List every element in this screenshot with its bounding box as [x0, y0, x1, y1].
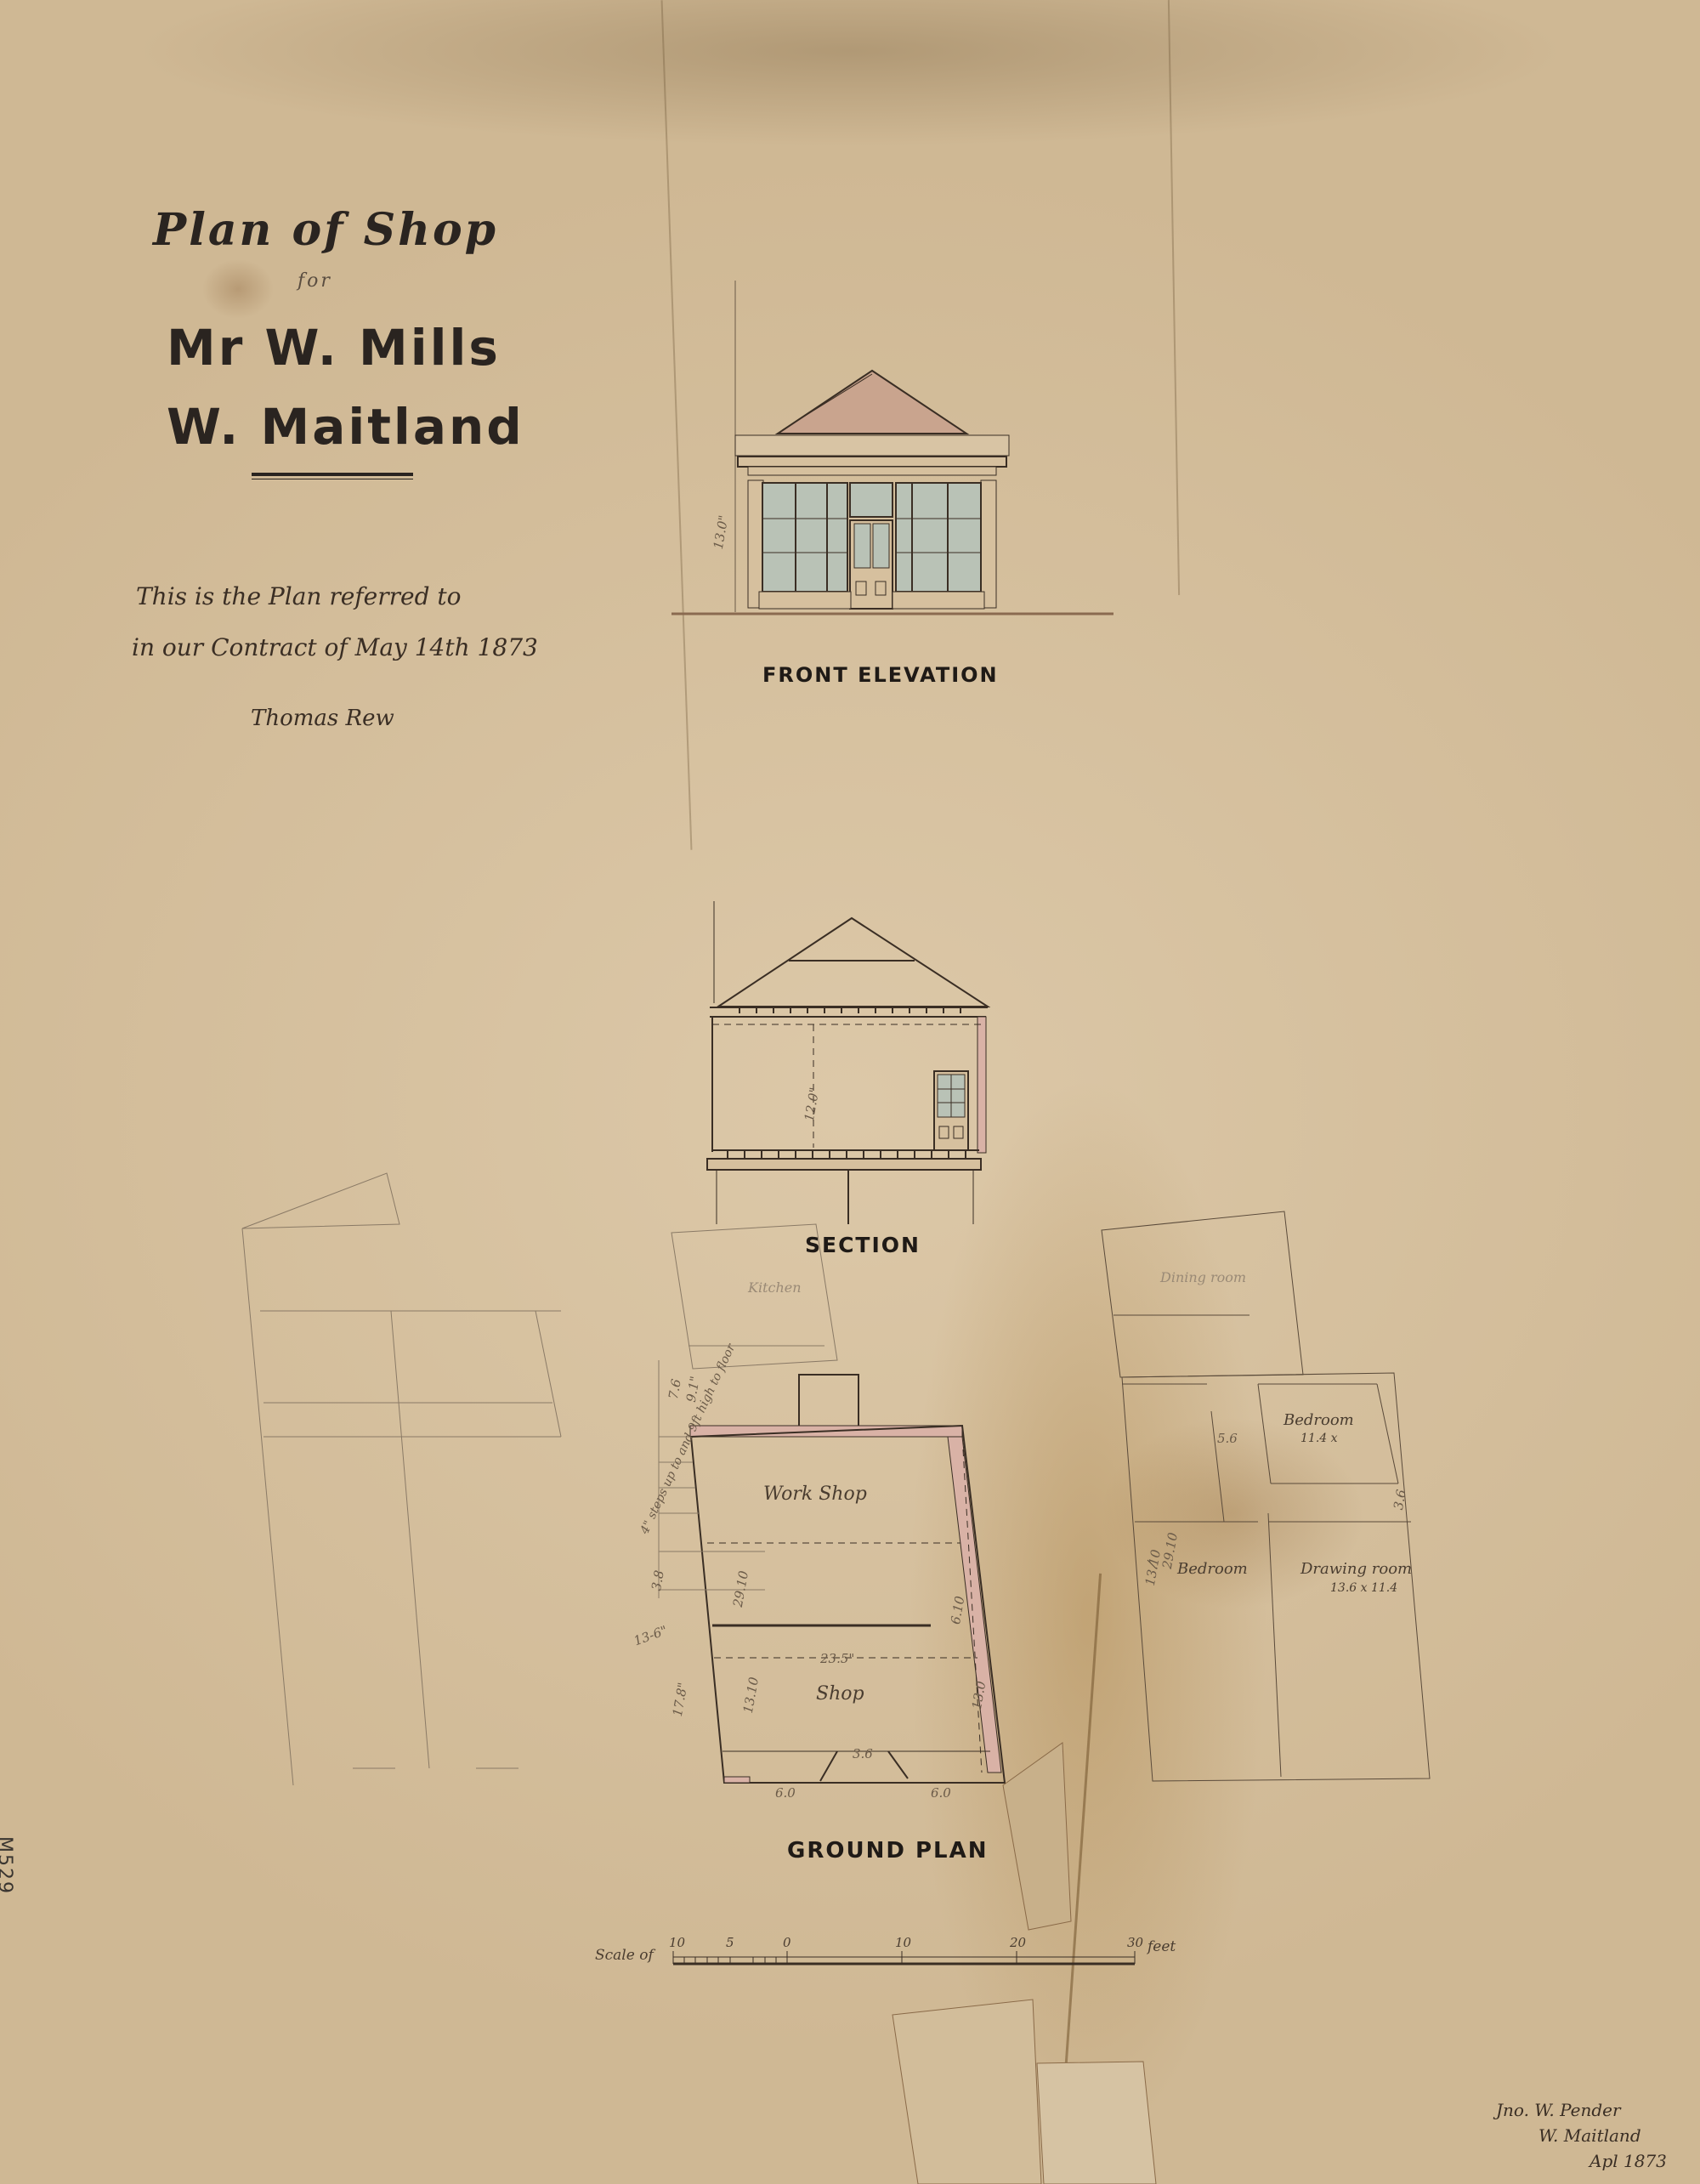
room-bedroom-1-size: 11.4 x [1300, 1432, 1338, 1445]
front-elevation-drawing [671, 281, 1113, 614]
dim-6-0-left: 6.0 [775, 1785, 796, 1801]
room-bedroom-2: Bedroom [1177, 1560, 1248, 1578]
front-elevation-label: FRONT ELEVATION [762, 663, 999, 687]
scale-label: Scale of [595, 1947, 654, 1964]
catalog-number: M529 [0, 1836, 15, 1895]
dim-23-5: 23.5" [820, 1651, 854, 1666]
room-bedroom-1: Bedroom [1283, 1411, 1354, 1429]
scale-tick-30: 30 [1127, 1935, 1143, 1950]
room-dining: Dining room [1160, 1269, 1246, 1285]
section-label: SECTION [805, 1233, 921, 1257]
room-drawing-room: Drawing room [1300, 1560, 1412, 1578]
scale-tick-5: 5 [726, 1935, 734, 1950]
scale-tick-0: 0 [783, 1935, 791, 1950]
dim-3-6: 3.6 [853, 1746, 873, 1761]
ground-plan-label: GROUND PLAN [787, 1838, 988, 1863]
scale-unit: feet [1147, 1938, 1176, 1955]
dim-5-6: 5.6 [1217, 1431, 1238, 1446]
section-drawing [707, 901, 988, 1224]
architect-date: Apl 1873 [1589, 2151, 1667, 2171]
room-work-shop: Work Shop [763, 1483, 867, 1505]
scale-bar-drawing [673, 1951, 1135, 1964]
room-drawing-room-size: 13.6 x 11.4 [1330, 1581, 1397, 1595]
scale-tick-10a: 10 [669, 1935, 685, 1950]
scale-tick-10b: 10 [895, 1935, 911, 1950]
dim-6-0-right: 6.0 [931, 1785, 951, 1801]
scale-tick-20: 20 [1010, 1935, 1026, 1950]
room-kitchen: Kitchen [748, 1279, 802, 1296]
architect-location: W. Maitland [1538, 2125, 1641, 2146]
room-shop: Shop [816, 1683, 864, 1705]
architect-name: Jno. W. Pender [1496, 2100, 1621, 2120]
